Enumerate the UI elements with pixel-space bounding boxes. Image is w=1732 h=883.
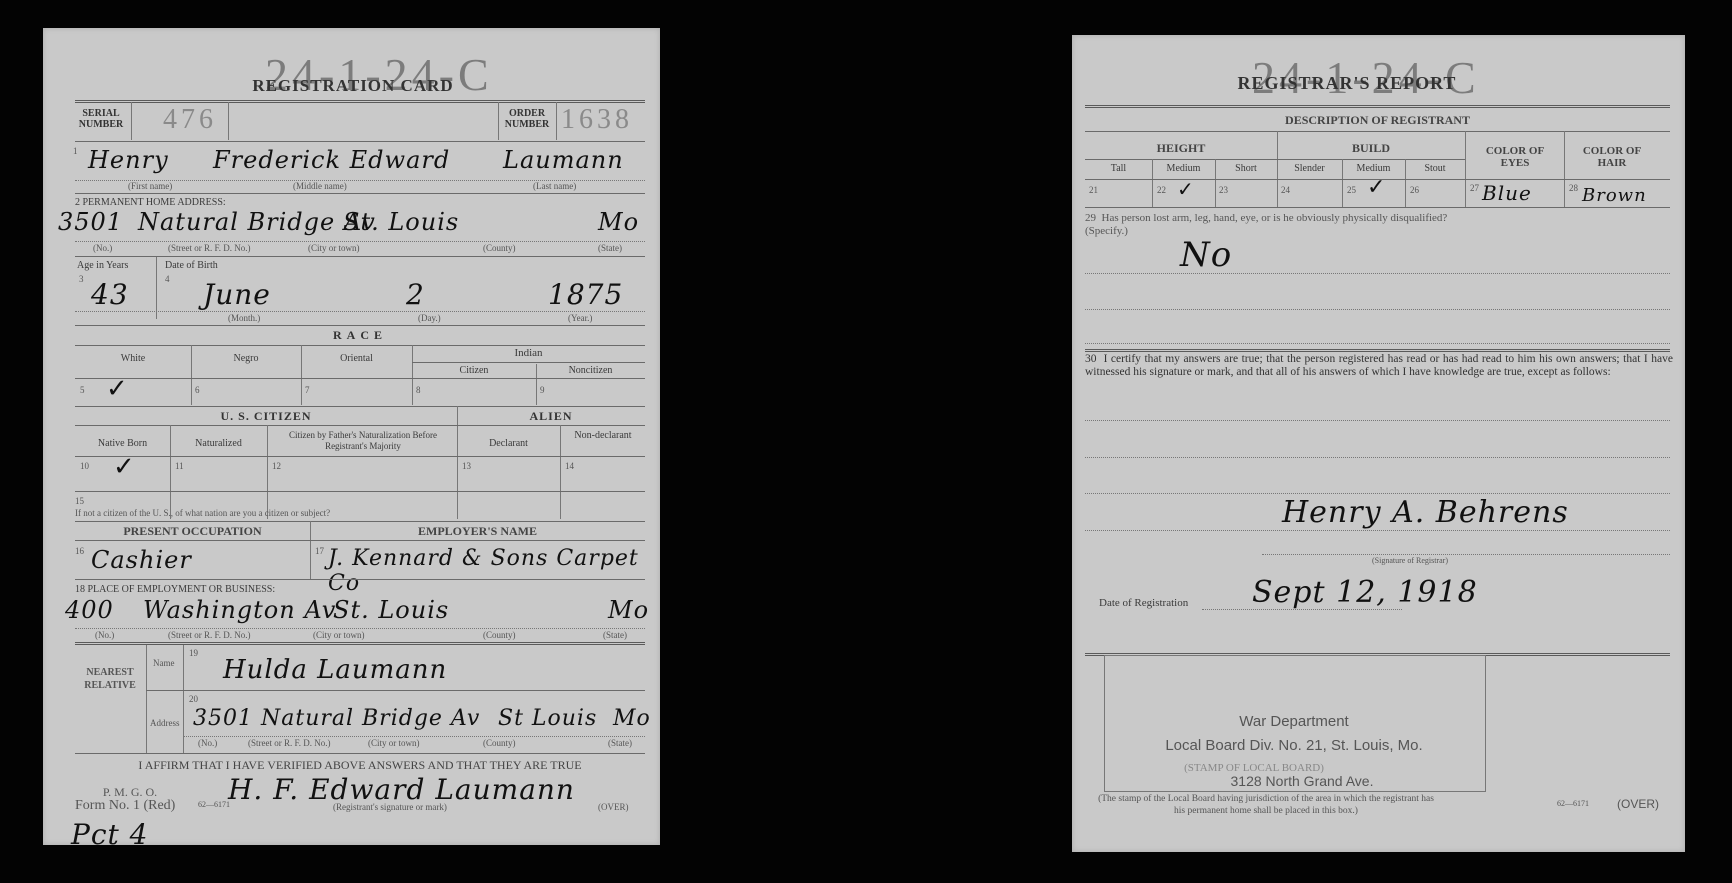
home-address-label: 2 PERMANENT HOME ADDRESS: [75, 197, 226, 208]
build-title: BUILD [1277, 141, 1465, 156]
field-number: 7 [305, 385, 310, 395]
citizen-by-father-label: Citizen by Father's Naturalization Befor… [277, 430, 449, 452]
occupation-label: PRESENT OCCUPATION [75, 524, 310, 539]
race-indian-noncitizen-label: Noncitizen [536, 365, 645, 376]
q30-text: 30 I certify that my answers are true; t… [1085, 353, 1673, 379]
nearest-relative-label: NEAREST RELATIVE [75, 666, 145, 692]
caption: (Day.) [418, 313, 441, 323]
race-indian-citizen-label: Citizen [412, 365, 536, 376]
us-citizen-title: U. S. CITIZEN [75, 409, 457, 424]
affirm-text: I AFFIRM THAT I HAVE VERIFIED ABOVE ANSW… [75, 758, 645, 773]
relative-address: 3501 Natural Bridge Av [193, 706, 480, 731]
field-number: 13 [462, 461, 471, 471]
height-tall-label: Tall [1085, 163, 1152, 174]
native-born-checkmark: ✓ [113, 452, 135, 482]
caption: (Year.) [568, 313, 592, 323]
caption: (Street or R. F. D. No.) [168, 243, 251, 253]
caption: (No.) [198, 738, 217, 748]
caption: (No.) [95, 630, 114, 640]
home-street: Natural Bridge Av [138, 208, 376, 236]
print-code: 62—6171 [1557, 799, 1589, 808]
employment-street: Washington Av [143, 596, 336, 624]
stamp-line-2: Local Board Div. No. 21, St. Louis, Mo. [1104, 737, 1484, 754]
employment-state: Mo [608, 596, 649, 624]
age-label: Age in Years [77, 260, 128, 271]
caption: (State) [598, 243, 622, 253]
order-label: ORDER NUMBER [501, 108, 553, 130]
report-subtitle: DESCRIPTION OF REGISTRANT [1085, 113, 1670, 128]
field-number: 1 [73, 146, 78, 156]
home-city: St. Louis [343, 208, 459, 236]
caption: (City or town) [368, 738, 420, 748]
height-medium-label: Medium [1152, 163, 1215, 174]
field-number: 8 [416, 385, 421, 395]
caption: (First name) [128, 181, 172, 191]
height-short-label: Short [1215, 163, 1277, 174]
field-number: 14 [565, 461, 574, 471]
q29-question: Has person lost arm, leg, hand, eye, or … [1102, 212, 1448, 224]
field-number: 22 [1157, 185, 1166, 195]
employment-city: St. Louis [333, 596, 449, 624]
over-label: (OVER) [1617, 797, 1659, 811]
employment-number: 400 [65, 596, 114, 624]
non-declarant-label: Non-declarant [571, 430, 635, 442]
first-name: Henry [88, 146, 169, 174]
employment-place-label: 18 PLACE OF EMPLOYMENT OR BUSINESS: [75, 584, 275, 595]
age-value: 43 [91, 278, 129, 311]
home-state: Mo [598, 208, 639, 236]
employer-label: EMPLOYER'S NAME [310, 524, 645, 539]
caption: (City or town) [313, 630, 365, 640]
race-indian-label: Indian [412, 347, 645, 359]
home-number: 3501 [58, 208, 123, 236]
q29-answer: No [1180, 235, 1232, 275]
over-label: (OVER) [598, 802, 629, 812]
relative-name-label: Name [153, 658, 175, 668]
field-number: 17 [315, 546, 324, 556]
caption: (County) [483, 738, 516, 748]
field-number: 20 [189, 694, 198, 704]
declarant-label: Declarant [457, 438, 560, 449]
field-number: 3 [79, 274, 84, 284]
caption: (Last name) [533, 181, 576, 191]
field-number: 11 [175, 461, 184, 471]
height-title: HEIGHT [1085, 141, 1277, 156]
build-stout-label: Stout [1405, 163, 1465, 174]
caption: (County) [483, 243, 516, 253]
q29-specify: (Specify.) [1085, 225, 1128, 237]
card-title: REGISTRATION CARD [193, 76, 513, 96]
hair-value: Brown [1582, 185, 1647, 206]
precinct-annotation: Pct 4 [71, 818, 149, 851]
hair-label: COLOR OF HAIR [1577, 145, 1647, 169]
registration-date-label: Date of Registration [1099, 597, 1188, 609]
field-number: 28 [1569, 183, 1578, 193]
eyes-label: COLOR OF EYES [1480, 145, 1550, 169]
registrar-signature-caption: (Signature of Registrar) [1372, 556, 1448, 565]
field-number: 5 [80, 385, 85, 395]
registration-card: 24-1-24-C REGISTRATION CARD SERIAL NUMBE… [43, 28, 660, 845]
field-number: 25 [1347, 185, 1356, 195]
stamp-line-1: War Department [1104, 713, 1484, 730]
build-medium-checkmark: ✓ [1367, 175, 1385, 200]
relative-state: Mo [613, 706, 651, 731]
order-value: 1638 [561, 104, 633, 136]
field-number: 27 [1470, 183, 1479, 193]
field-number: 6 [195, 385, 200, 395]
build-medium-label: Medium [1342, 163, 1405, 174]
birth-label: Date of Birth [165, 260, 218, 271]
race-white-label: White [75, 353, 191, 364]
employer-value: J. Kennard & Sons Carpet Co [328, 546, 660, 596]
field-number: 12 [272, 461, 281, 471]
middle-name: Frederick Edward [213, 146, 450, 174]
birth-day: 2 [406, 278, 425, 311]
field-number: 24 [1281, 185, 1290, 195]
q29-text: 29 Has person lost arm, leg, hand, eye, … [1085, 212, 1675, 224]
serial-value: 476 [163, 104, 217, 136]
field-number: 4 [165, 274, 170, 284]
field-number: 16 [75, 546, 84, 556]
field-number: 21 [1089, 185, 1098, 195]
race-white-checkmark: ✓ [106, 374, 128, 404]
field-number: 29 [1085, 212, 1096, 224]
relative-address-label: Address [150, 718, 180, 728]
caption: (State) [603, 630, 627, 640]
registrar-report-card: 24-1-24-C REGISTRAR'S REPORT DESCRIPTION… [1072, 35, 1685, 852]
birth-year: 1875 [548, 278, 623, 311]
build-slender-label: Slender [1277, 163, 1342, 174]
relative-name: Hulda Laumann [223, 655, 447, 685]
race-oriental-label: Oriental [301, 353, 412, 364]
alien-title: ALIEN [457, 409, 645, 424]
height-medium-checkmark: ✓ [1177, 177, 1194, 201]
report-title: REGISTRAR'S REPORT [1172, 73, 1522, 94]
caption: (Street or R. F. D. No.) [248, 738, 331, 748]
native-born-label: Native Born [75, 438, 170, 449]
caption: (Month.) [228, 313, 260, 323]
q30-statement: I certify that my answers are true; that… [1085, 353, 1673, 378]
q15-text: If not a citizen of the U. S., of what n… [75, 508, 330, 518]
stamp-line-3: 3128 North Grand Ave. [1152, 773, 1452, 789]
registrar-signature: Henry A. Behrens [1282, 495, 1569, 530]
caption: (No.) [93, 243, 112, 253]
field-number: 30 [1085, 353, 1097, 365]
eyes-value: Blue [1482, 181, 1532, 205]
stamp-note: (The stamp of the Local Board having jur… [1096, 793, 1436, 817]
field-number: 9 [540, 385, 545, 395]
naturalized-label: Naturalized [170, 438, 267, 449]
registration-date-value: Sept 12, 1918 [1252, 575, 1478, 610]
occupation-value: Cashier [91, 546, 192, 574]
caption: (State) [608, 738, 632, 748]
print-code: 62—6171 [198, 800, 230, 809]
field-number: 23 [1219, 185, 1228, 195]
caption: (City or town) [308, 243, 360, 253]
birth-month: June [203, 278, 271, 311]
relative-city: St Louis [498, 706, 597, 731]
field-number: 15 [75, 496, 84, 506]
caption: (County) [483, 630, 516, 640]
form-number: Form No. 1 (Red) [75, 798, 175, 814]
field-number: 26 [1410, 185, 1419, 195]
field-number: 19 [189, 648, 198, 658]
last-name: Laumann [503, 146, 624, 174]
serial-label: SERIAL NUMBER [75, 108, 127, 130]
field-number: 10 [80, 461, 89, 471]
caption: (Street or R. F. D. No.) [168, 630, 251, 640]
signature-caption: (Registrant's signature or mark) [333, 802, 447, 812]
caption: (Middle name) [293, 181, 347, 191]
race-title: RACE [75, 328, 645, 343]
race-negro-label: Negro [191, 353, 301, 364]
